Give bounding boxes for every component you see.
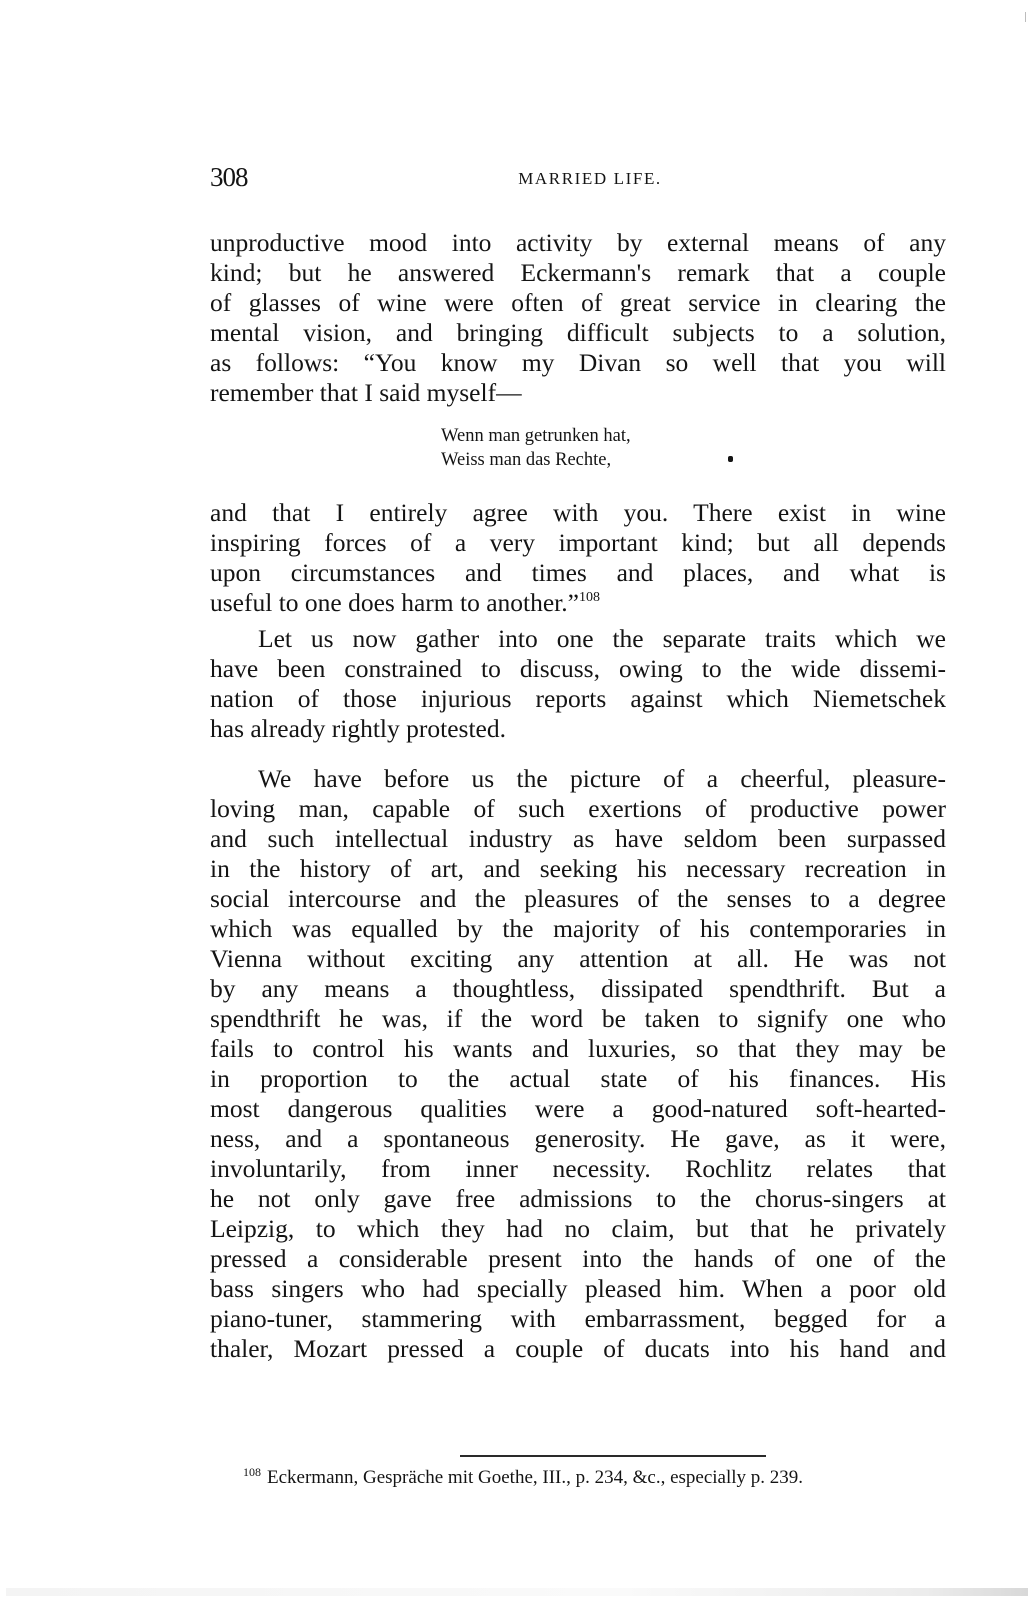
text-line: remember that I said myself—: [210, 378, 946, 408]
paragraph-quote-end: and that I entirely agree with you. Ther…: [210, 498, 946, 618]
footnote-divider: [460, 1455, 766, 1457]
text-line: and that I entirely agree with you. Ther…: [210, 498, 946, 528]
footnote-reference[interactable]: 108: [579, 590, 600, 605]
running-head: 308 MARRIED LIFE.: [210, 162, 950, 202]
text-line: Let us now gather into one the separate …: [210, 624, 946, 654]
text-line: as follows: “You know my Divan so well t…: [210, 348, 946, 378]
text-line: fails to control his wants and luxuries,…: [210, 1034, 946, 1064]
paragraph-continuation: unproductive mood into activity by exter…: [210, 228, 946, 408]
text-line: inspiring forces of a very important kin…: [210, 528, 946, 558]
text-line: of glasses of wine were often of great s…: [210, 288, 946, 318]
text-line: have been constrained to discuss, owing …: [210, 654, 946, 684]
text-line: involuntarily, from inner necessity. Roc…: [210, 1154, 946, 1184]
text-line: he not only gave free admissions to the …: [210, 1184, 946, 1214]
text-line: in the history of art, and seeking his n…: [210, 854, 946, 884]
text-line: unproductive mood into activity by exter…: [210, 228, 946, 258]
paragraph-traits: Let us now gather into one the separate …: [210, 624, 946, 744]
scan-artifact-mark: [1025, 12, 1026, 22]
footnote-mark: 108: [243, 1465, 261, 1479]
scan-bottom-edge: [6, 1588, 1028, 1596]
text-line: bass singers who had specially pleased h…: [210, 1274, 946, 1304]
text-line: thaler, Mozart pressed a couple of ducat…: [210, 1334, 946, 1364]
text-line: We have before us the picture of a cheer…: [210, 764, 946, 794]
text-line: most dangerous qualities were a good-nat…: [210, 1094, 946, 1124]
verse-quotation: Wenn man getrunken hat, Weiss man das Re…: [441, 424, 631, 472]
running-title: MARRIED LIFE.: [210, 169, 960, 189]
verse-ink-dot: [728, 456, 733, 462]
text-line: nation of those injurious reports agains…: [210, 684, 946, 714]
text-line: ness, and a spontaneous generosity. He g…: [210, 1124, 946, 1154]
text-line: mental vision, and bringing difficult su…: [210, 318, 946, 348]
text-line: Vienna without exciting any attention at…: [210, 944, 946, 974]
text-line: in proportion to the actual state of his…: [210, 1064, 946, 1094]
text-line: spendthrift he was, if the word be taken…: [210, 1004, 946, 1034]
verse-line: Weiss man das Rechte,: [441, 448, 631, 472]
footnote: 108Eckermann, Gespräche mit Goethe, III.…: [243, 1465, 803, 1489]
text-line: piano-tuner, stammering with embarrassme…: [210, 1304, 946, 1334]
book-page: 308 MARRIED LIFE. unproductive mood into…: [0, 0, 1034, 1600]
verse-line: Wenn man getrunken hat,: [441, 424, 631, 448]
footnote-text: Eckermann, Gespräche mit Goethe, III., p…: [267, 1467, 803, 1488]
text-line-content: useful to one does harm to another.”: [210, 588, 579, 617]
text-line: Leipzig, to which they had no claim, but…: [210, 1214, 946, 1244]
text-line: by any means a thoughtless, dissipated s…: [210, 974, 946, 1004]
text-line: social intercourse and the pleasures of …: [210, 884, 946, 914]
text-line: upon circumstances and times and places,…: [210, 558, 946, 588]
text-line: and such intellectual industry as have s…: [210, 824, 946, 854]
text-line: kind; but he answered Eckermann's remark…: [210, 258, 946, 288]
paragraph-character: We have before us the picture of a cheer…: [210, 764, 946, 1364]
text-line: pressed a considerable present into the …: [210, 1244, 946, 1274]
text-line: useful to one does harm to another.”108: [210, 588, 946, 618]
text-line: has already rightly protested.: [210, 714, 946, 744]
text-line: loving man, capable of such exertions of…: [210, 794, 946, 824]
text-line: which was equalled by the majority of hi…: [210, 914, 946, 944]
